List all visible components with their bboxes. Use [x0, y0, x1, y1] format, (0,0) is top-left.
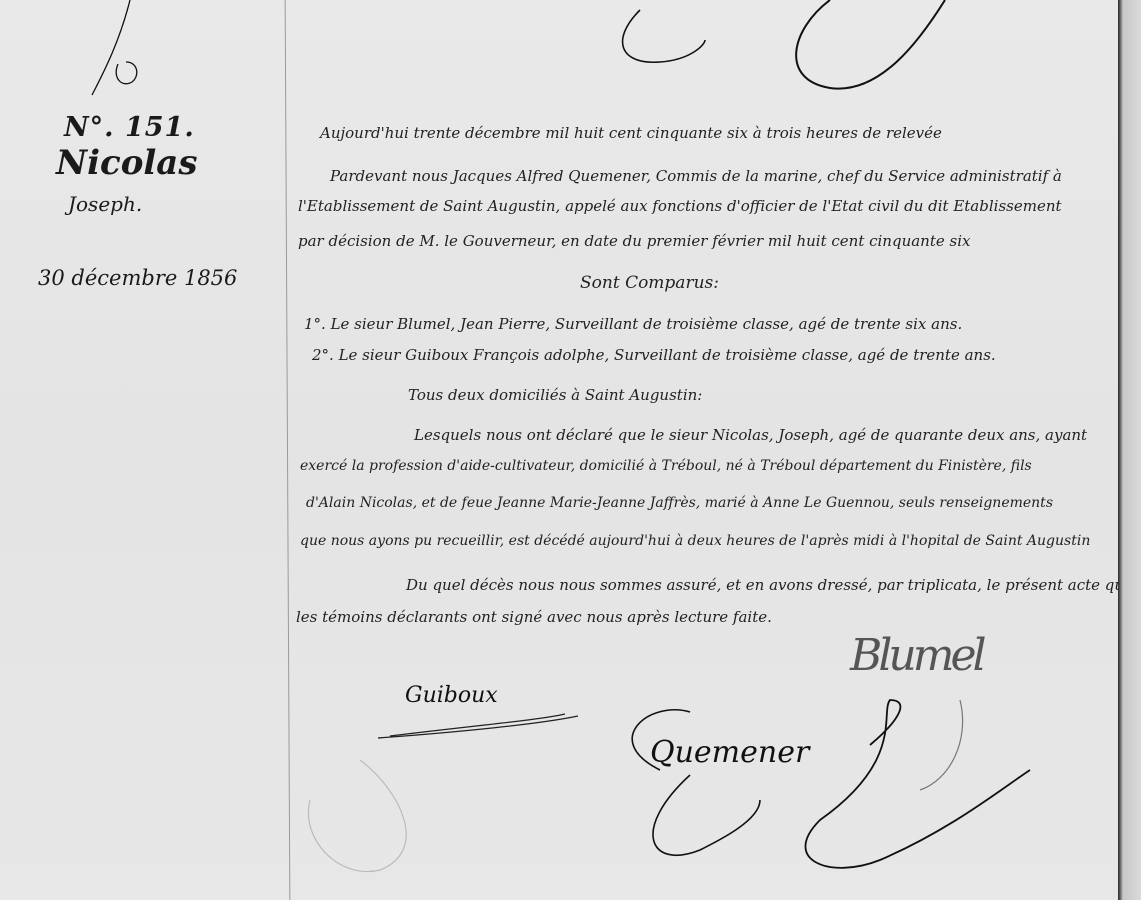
margin-column: N°. 151. Nicolas Joseph. 30 décembre 185…	[0, 0, 287, 900]
body-line: Aujourd'hui trente décembre mil huit cen…	[320, 124, 942, 142]
body-line: 1°. Le sieur Blumel, Jean Pierre, Survei…	[304, 315, 962, 333]
body-line: d'Alain Nicolas, et de feue Jeanne Marie…	[306, 495, 1053, 511]
record-date: 30 décembre 1856	[38, 266, 237, 290]
signature-guiboux: Guiboux	[405, 683, 498, 708]
body-line: Du quel décès nous nous sommes assuré, e…	[406, 576, 1133, 594]
body-line: les témoins déclarants ont signé avec no…	[296, 608, 772, 626]
deceased-given-name: Joseph.	[68, 192, 142, 216]
body-line: l'Etablissement de Saint Augustin, appel…	[298, 197, 1062, 215]
signature-blumel: Blumel	[850, 630, 983, 681]
record-number: N°. 151.	[64, 112, 195, 143]
body-line: Tous deux domiciliés à Saint Augustin:	[408, 386, 702, 404]
book-gutter	[1118, 0, 1141, 900]
flourish-loop-right	[796, 0, 945, 89]
body-line: 2°. Le sieur Guiboux François adolphe, S…	[312, 346, 996, 364]
body-line: que nous ayons pu recueillir, est décédé…	[300, 533, 1090, 549]
body-line: Pardevant nous Jacques Alfred Quemener, …	[330, 167, 1062, 185]
body-line: Lesquels nous ont déclaré que le sieur N…	[414, 426, 1087, 444]
body-line: exercé la profession d'aide-cultivateur,…	[300, 458, 1032, 474]
body-line: par décision de M. le Gouverneur, en dat…	[298, 232, 970, 250]
flourish-loop-left	[623, 10, 705, 62]
register-page: N°. 151. Nicolas Joseph. 30 décembre 185…	[0, 0, 1118, 900]
signature-quemener: Quemener	[650, 735, 809, 770]
deceased-surname: Nicolas	[56, 143, 197, 183]
section-heading: Sont Comparus:	[580, 273, 719, 293]
